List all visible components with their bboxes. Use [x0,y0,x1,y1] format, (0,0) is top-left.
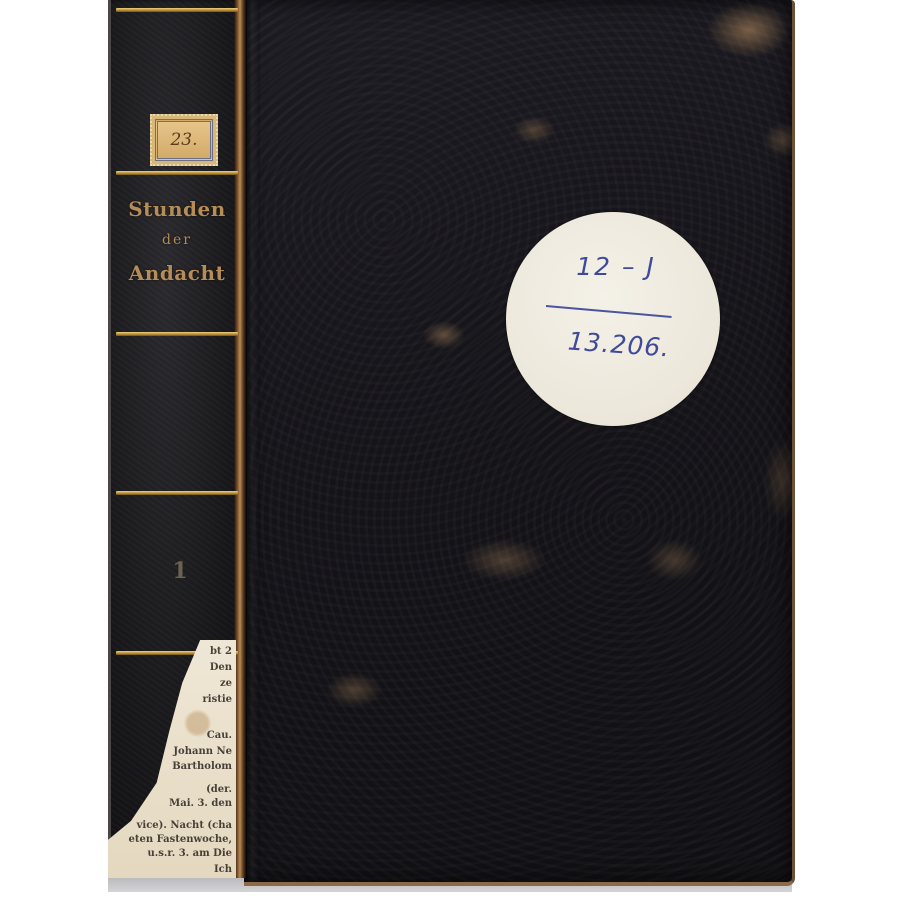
sticker-shelf-mark: 12 – J [556,252,676,281]
torn-text-line: bt 2 [210,646,232,657]
book-front-cover [244,0,795,886]
torn-text-line: Johann Ne [173,746,232,757]
spine-title-line1: Stunden [116,197,238,221]
torn-text-line: Den [210,662,232,673]
torn-text-line: Cau. [207,730,232,741]
sticker-divider [546,305,672,318]
torn-text-line: eten Fastenwoche, [129,834,233,845]
gold-band-top [116,8,238,12]
spine-title-line3: Andacht [116,261,238,285]
library-sticker: 12 – J 13.206. [506,212,720,426]
gold-band-1 [116,171,238,175]
torn-text-line: Ich [214,864,232,875]
gold-band-2 [116,332,238,336]
torn-text-line: ze [220,678,232,689]
torn-text-line: Mai. 3. den [169,798,232,809]
gold-band-3 [116,491,238,495]
spine-label-number: 23. [155,119,213,161]
sticker-inventory-number: 13.206. [543,325,695,364]
torn-text-line: ristie [203,694,232,705]
book-photo: 12 – J 13.206. 23. Stunden der Andacht 1… [0,0,900,900]
spine-title-line2: der [116,232,238,248]
spine-number-label: 23. [150,114,218,166]
torn-text-line: Bartholom [172,761,232,772]
torn-text-line: vice). Nacht (cha [137,820,232,831]
spine-volume-number: 1 [160,558,200,584]
torn-text-line: (der. [206,784,232,795]
torn-text-line: u.s.r. 3. am Die [148,848,232,859]
